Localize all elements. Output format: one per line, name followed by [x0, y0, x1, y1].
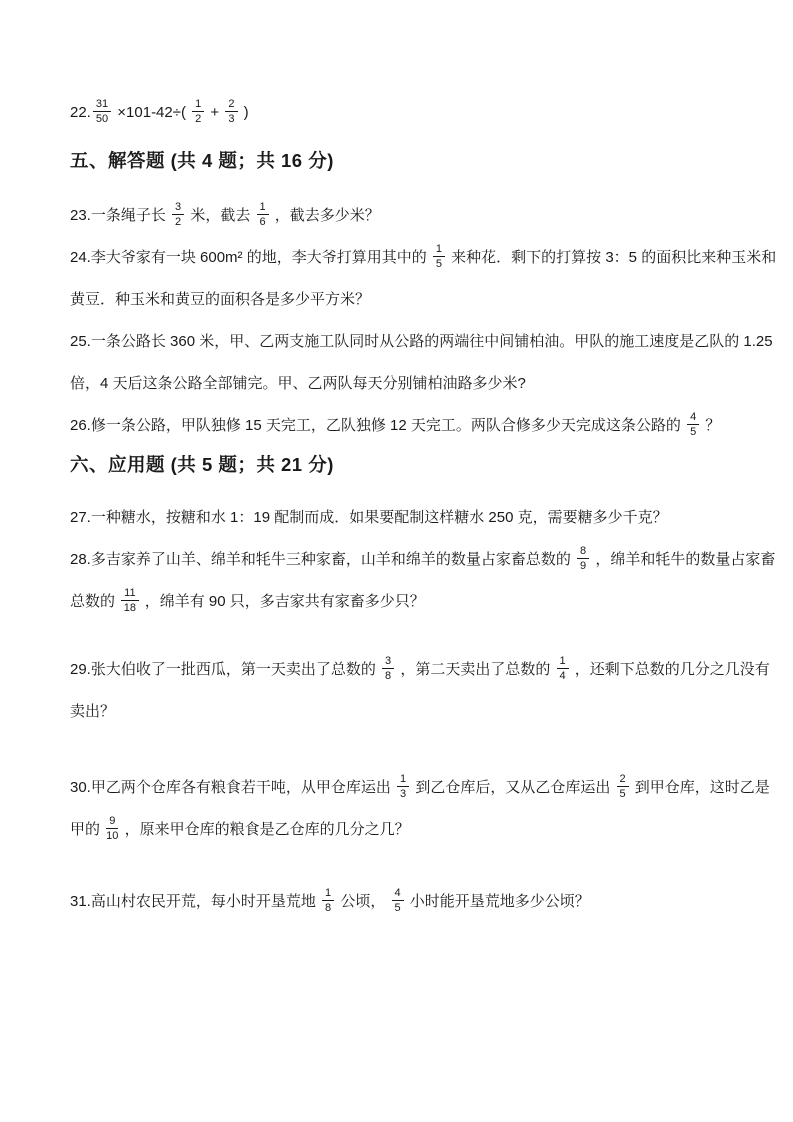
fraction-denominator: 3	[400, 787, 406, 801]
fraction-denominator: 4	[560, 669, 566, 683]
question-line: 31.高山村农民开荒，每小时开垦荒地 18 公顷， 45 小时能开垦荒地多少公顷…	[70, 881, 743, 923]
question-line: 29.张大伯收了一批西瓜，第一天卖出了总数的 38 ，第二天卖出了总数的 14 …	[70, 649, 743, 691]
fraction-denominator: 6	[260, 215, 266, 229]
fraction-denominator: 5	[620, 787, 626, 801]
text-run: ×101-42÷(	[113, 104, 190, 121]
text-run: 23.一条绳子长	[70, 207, 170, 224]
question-q23: 23.一条绳子长 32 米，截去 16 ，截去多少米？	[70, 195, 743, 237]
fraction-denominator: 3	[228, 112, 234, 126]
fraction-numerator: 2	[617, 773, 629, 787]
question-line: 黄豆．种玉米和黄豆的面积各是多少平方米？	[70, 279, 743, 321]
fraction-denominator: 2	[195, 112, 201, 126]
fraction-numerator: 1	[397, 773, 409, 787]
text-run: 28.多吉家养了山羊、绵羊和牦牛三种家畜，山羊和绵羊的数量占家畜总数的	[70, 551, 575, 568]
text-run: 倍，4 天后这条公路全部铺完。甲、乙两队每天分别铺柏油路多少米?	[70, 375, 526, 392]
text-run: ？	[701, 417, 720, 434]
fraction-numerator: 1	[557, 655, 569, 669]
question-line: 23.一条绳子长 32 米，截去 16 ，截去多少米？	[70, 195, 743, 237]
fraction: 14	[557, 655, 569, 683]
text-run: 公顷，	[336, 893, 389, 910]
fraction-denominator: 8	[325, 901, 331, 915]
question-line: 25.一条公路长 360 米，甲、乙两支施工队同时从公路的两端往中间铺柏油。甲队…	[70, 321, 743, 363]
text-run: +	[206, 104, 223, 121]
fraction-numerator: 4	[392, 887, 404, 901]
fraction-numerator: 9	[106, 815, 118, 829]
text-run: 甲的	[70, 821, 104, 838]
text-run: 到甲仓库，这时乙是	[631, 779, 770, 796]
question-line: 总数的 1118 ，绵羊有 90 只，多吉家共有家畜多少只？	[70, 581, 743, 623]
fraction: 910	[106, 815, 118, 843]
fraction: 38	[382, 655, 394, 683]
document-page: 22.3150 ×101-42÷( 12 + 23 )五、解答题 (共 4 题；…	[0, 0, 793, 1122]
question-q22: 22.3150 ×101-42÷( 12 + 23 )	[70, 92, 743, 134]
text-run: ，绵羊和牦牛的数量占家畜	[591, 551, 775, 568]
question-line: 甲的 910 ，原来甲仓库的粮食是乙仓库的几分之几？	[70, 809, 743, 851]
fraction-denominator: 8	[385, 669, 391, 683]
fraction: 13	[397, 773, 409, 801]
question-line: 28.多吉家养了山羊、绵羊和牦牛三种家畜，山羊和绵羊的数量占家畜总数的 89 ，…	[70, 539, 743, 581]
question-line: 24.李大爷家有一块 600m² 的地，李大爷打算用其中的 15 来种花．剩下的…	[70, 237, 743, 279]
question-q24: 24.李大爷家有一块 600m² 的地，李大爷打算用其中的 15 来种花．剩下的…	[70, 237, 743, 321]
question-q28: 28.多吉家养了山羊、绵羊和牦牛三种家畜，山羊和绵羊的数量占家畜总数的 89 ，…	[70, 539, 743, 623]
fraction: 1118	[121, 587, 138, 615]
text-run: 米，截去	[186, 207, 254, 224]
question-line: 30.甲乙两个仓库各有粮食若干吨，从甲仓库运出 13 到乙仓库后，又从乙仓库运出…	[70, 767, 743, 809]
text-run: ，绵羊有 90 只，多吉家共有家畜多少只？	[141, 593, 425, 610]
fraction-numerator: 11	[121, 587, 138, 601]
fraction-numerator: 3	[382, 655, 394, 669]
question-line: 27.一种糖水，按糖和水 1：19 配制而成．如果要配制这样糖水 250 克，需…	[70, 497, 743, 539]
section-heading-sec-6: 六、应用题 (共 5 题；共 21 分)	[70, 453, 743, 477]
text-run: 24.李大爷家有一块 600m² 的地，李大爷打算用其中的	[70, 249, 431, 266]
question-line: 26.修一条公路，甲队独修 15 天完工，乙队独修 12 天完工。两队合修多少天…	[70, 405, 743, 447]
text-run: ，还剩下总数的几分之几没有	[571, 661, 770, 678]
fraction-numerator: 2	[225, 98, 237, 112]
fraction: 45	[687, 411, 699, 439]
question-q29: 29.张大伯收了一批西瓜，第一天卖出了总数的 38 ，第二天卖出了总数的 14 …	[70, 649, 743, 733]
question-q31: 31.高山村农民开荒，每小时开垦荒地 18 公顷， 45 小时能开垦荒地多少公顷…	[70, 881, 743, 923]
question-q26: 26.修一条公路，甲队独修 15 天完工，乙队独修 12 天完工。两队合修多少天…	[70, 405, 743, 447]
text-run: )	[240, 104, 249, 121]
fraction-denominator: 10	[106, 829, 118, 843]
fraction-denominator: 9	[580, 559, 586, 573]
fraction-denominator: 18	[124, 601, 136, 615]
fraction: 16	[257, 201, 269, 229]
text-run: 29.张大伯收了一批西瓜，第一天卖出了总数的	[70, 661, 380, 678]
fraction: 89	[577, 545, 589, 573]
text-run: ，第二天卖出了总数的	[396, 661, 554, 678]
fraction-numerator: 31	[93, 98, 111, 112]
text-run: 31.高山村农民开荒，每小时开垦荒地	[70, 893, 320, 910]
text-run: 小时能开垦荒地多少公顷？	[406, 893, 590, 910]
fraction-numerator: 1	[322, 887, 334, 901]
text-run: 总数的	[70, 593, 119, 610]
text-run: ，截去多少米？	[271, 207, 380, 224]
text-run: ，原来甲仓库的粮食是乙仓库的几分之几？	[120, 821, 409, 838]
fraction-denominator: 5	[690, 425, 696, 439]
fraction-numerator: 3	[172, 201, 184, 215]
question-q25: 25.一条公路长 360 米，甲、乙两支施工队同时从公路的两端往中间铺柏油。甲队…	[70, 321, 743, 405]
question-q27: 27.一种糖水，按糖和水 1：19 配制而成．如果要配制这样糖水 250 克，需…	[70, 497, 743, 539]
fraction: 45	[392, 887, 404, 915]
fraction: 23	[225, 98, 237, 126]
fraction-denominator: 2	[175, 215, 181, 229]
question-line: 卖出？	[70, 691, 743, 733]
fraction-numerator: 1	[192, 98, 204, 112]
fraction-numerator: 1	[257, 201, 269, 215]
question-q30: 30.甲乙两个仓库各有粮食若干吨，从甲仓库运出 13 到乙仓库后，又从乙仓库运出…	[70, 767, 743, 851]
document-body: 22.3150 ×101-42÷( 12 + 23 )五、解答题 (共 4 题；…	[0, 0, 793, 923]
fraction: 32	[172, 201, 184, 229]
fraction: 12	[192, 98, 204, 126]
fraction: 15	[433, 243, 445, 271]
text-run: 到乙仓库后，又从乙仓库运出	[411, 779, 614, 796]
fraction: 3150	[93, 98, 111, 126]
fraction-denominator: 5	[395, 901, 401, 915]
fraction-numerator: 4	[687, 411, 699, 425]
fraction: 25	[617, 773, 629, 801]
text-run: 黄豆．种玉米和黄豆的面积各是多少平方米？	[70, 291, 370, 308]
text-run: 25.一条公路长 360 米，甲、乙两支施工队同时从公路的两端往中间铺柏油。甲队…	[70, 333, 773, 350]
fraction-denominator: 5	[436, 257, 442, 271]
section-heading-sec-5: 五、解答题 (共 4 题；共 16 分)	[70, 149, 743, 173]
text-run: 卖出？	[70, 703, 115, 720]
text-run: 27.一种糖水，按糖和水 1：19 配制而成．如果要配制这样糖水 250 克，需…	[70, 509, 668, 526]
fraction-numerator: 8	[577, 545, 589, 559]
fraction-numerator: 1	[433, 243, 445, 257]
text-run: 来种花．剩下的打算按 3：5 的面积比来种玉米和	[447, 249, 776, 266]
text-run: 30.甲乙两个仓库各有粮食若干吨，从甲仓库运出	[70, 779, 395, 796]
question-line: 22.3150 ×101-42÷( 12 + 23 )	[70, 92, 743, 134]
text-run: 22.	[70, 104, 91, 121]
question-line: 倍，4 天后这条公路全部铺完。甲、乙两队每天分别铺柏油路多少米?	[70, 363, 743, 405]
fraction: 18	[322, 887, 334, 915]
fraction-denominator: 50	[96, 112, 108, 126]
text-run: 26.修一条公路，甲队独修 15 天完工，乙队独修 12 天完工。两队合修多少天…	[70, 417, 685, 434]
